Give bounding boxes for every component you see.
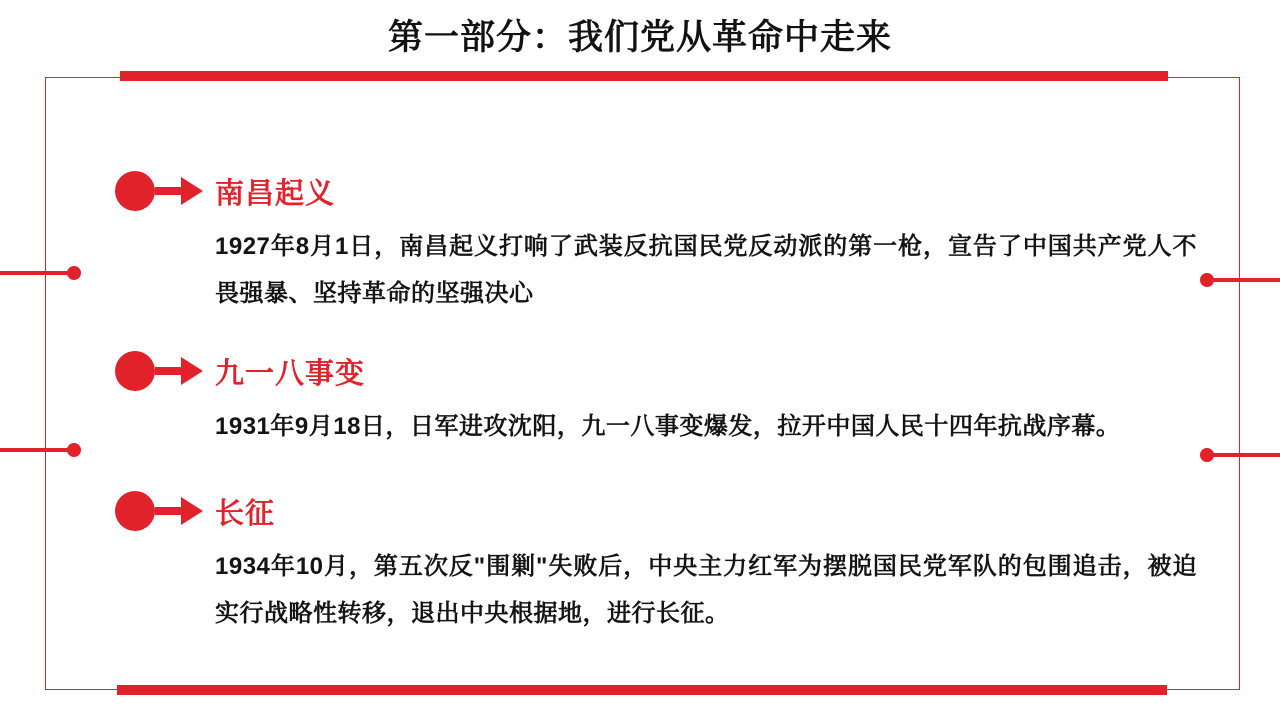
left-connector-line-bottom [0, 448, 72, 452]
bottom-accent-bar [117, 685, 1167, 695]
section-header: 长征 [115, 490, 1200, 532]
section-body: 1931年9月18日，日军进攻沈阳，九一八事变爆发，拉开中国人民十四年抗战序幕。 [215, 403, 1197, 450]
circle-arrow-icon [115, 171, 205, 211]
left-connector-dot-bottom [67, 443, 81, 457]
circle-icon-part [115, 491, 155, 531]
section-heading: 九一八事变 [215, 351, 365, 392]
circle-icon-part [115, 171, 155, 211]
section-body: 1927年8月1日，南昌起义打响了武装反抗国民党反动派的第一枪，宣告了中国共产党… [215, 223, 1197, 317]
left-connector-line-top [0, 271, 72, 275]
section-body: 1934年10月，第五次反"围剿"失败后，中央主力红军为摆脱国民党军队的包围追击… [215, 543, 1197, 637]
section-september-18-incident: 九一八事变 1931年9月18日，日军进攻沈阳，九一八事变爆发，拉开中国人民十四… [115, 350, 1200, 450]
arrowhead-icon-part [181, 177, 203, 205]
circle-icon-part [115, 351, 155, 391]
section-header: 九一八事变 [115, 350, 1200, 392]
slide-title: 第一部分：我们党从革命中走来 [0, 10, 1280, 60]
arrow-stem-part [155, 187, 181, 195]
section-header: 南昌起义 [115, 170, 1200, 212]
circle-arrow-icon [115, 351, 205, 391]
arrow-stem-part [155, 507, 181, 515]
arrowhead-icon-part [181, 357, 203, 385]
right-connector-line-top [1207, 278, 1280, 282]
section-nanchang-uprising: 南昌起义 1927年8月1日，南昌起义打响了武装反抗国民党反动派的第一枪，宣告了… [115, 170, 1200, 317]
section-heading: 长征 [215, 491, 275, 532]
arrow-stem-part [155, 367, 181, 375]
circle-arrow-icon [115, 491, 205, 531]
section-long-march: 长征 1934年10月，第五次反"围剿"失败后，中央主力红军为摆脱国民党军队的包… [115, 490, 1200, 637]
section-heading: 南昌起义 [215, 171, 335, 212]
arrowhead-icon-part [181, 497, 203, 525]
right-connector-line-bottom [1207, 453, 1280, 457]
right-connector-dot-bottom [1200, 448, 1214, 462]
slide: 第一部分：我们党从革命中走来 南昌起义 1927年8月1日，南昌起义打响了武装反… [0, 0, 1280, 720]
left-connector-dot-top [67, 266, 81, 280]
right-connector-dot-top [1200, 273, 1214, 287]
